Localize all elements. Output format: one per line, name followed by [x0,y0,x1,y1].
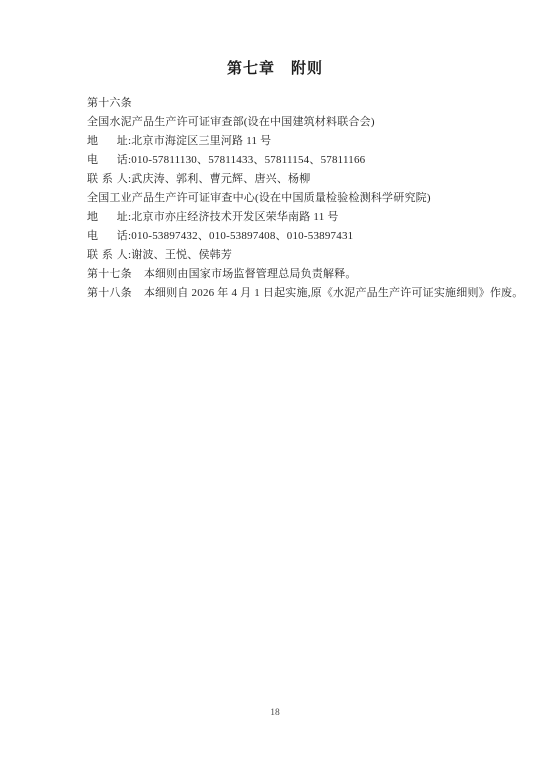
field-value-contacts: :谢波、王悦、侯韩芳 [128,249,232,261]
field-label-phone: 电话 [87,227,128,246]
field-label-phone: 电话 [87,151,128,170]
clause-text-17: 本细则由国家市场监督管理总局负责解释。 [144,268,357,280]
field-value-phone: :010-53897432、010-53897408、010-53897431 [128,230,353,242]
field-line-address-2: 地址:北京市亦庄经济技术开发区荣华南路 11 号 [87,208,510,227]
field-value-contacts: :武庆涛、郭利、曹元辉、唐兴、杨柳 [128,173,310,185]
field-label-contacts: 联系人 [87,246,128,265]
org-name-industrial: 全国工业产品生产许可证审查中心(设在中国质量检验检测科学研究院) [87,189,510,208]
field-line-contacts-2: 联系人:谢波、王悦、侯韩芳 [87,246,510,265]
field-value-address: :北京市海淀区三里河路 11 号 [128,135,271,147]
field-label-contacts: 联系人 [87,170,128,189]
document-body: 第十六条 全国水泥产品生产许可证审查部(设在中国建筑材料联合会) 地址:北京市海… [87,94,510,303]
clause-term-17: 第十七条 [87,265,132,284]
field-value-phone: :010-57811130、57811433、57811154、57811166 [128,154,365,166]
field-value-address: :北京市亦庄经济技术开发区荣华南路 11 号 [128,211,339,223]
org-name-cement: 全国水泥产品生产许可证审查部(设在中国建筑材料联合会) [87,113,510,132]
chapter-title: 第七章 附则 [87,60,463,79]
field-line-address-1: 地址:北京市海淀区三里河路 11 号 [87,132,510,151]
field-line-contacts-1: 联系人:武庆涛、郭利、曹元辉、唐兴、杨柳 [87,170,510,189]
clause-text-18: 本细则自 2026 年 4 月 1 日起实施,原《水泥产品生产许可证实施细则》作… [144,287,524,299]
field-label-address: 地址 [87,132,128,151]
clause-line-17: 第十七条本细则由国家市场监督管理总局负责解释。 [87,265,510,284]
clause-heading-16: 第十六条 [87,94,510,113]
field-line-phone-1: 电话:010-57811130、57811433、57811154、578111… [87,151,510,170]
clause-term-18: 第十八条 [87,284,132,303]
field-label-address: 地址 [87,208,128,227]
field-line-phone-2: 电话:010-53897432、010-53897408、010-5389743… [87,227,510,246]
document-page: 第七章 附则 第十六条 全国水泥产品生产许可证审查部(设在中国建筑材料联合会) … [0,0,550,778]
clause-line-18: 第十八条本细则自 2026 年 4 月 1 日起实施,原《水泥产品生产许可证实施… [87,284,510,303]
page-number: 18 [0,707,550,719]
